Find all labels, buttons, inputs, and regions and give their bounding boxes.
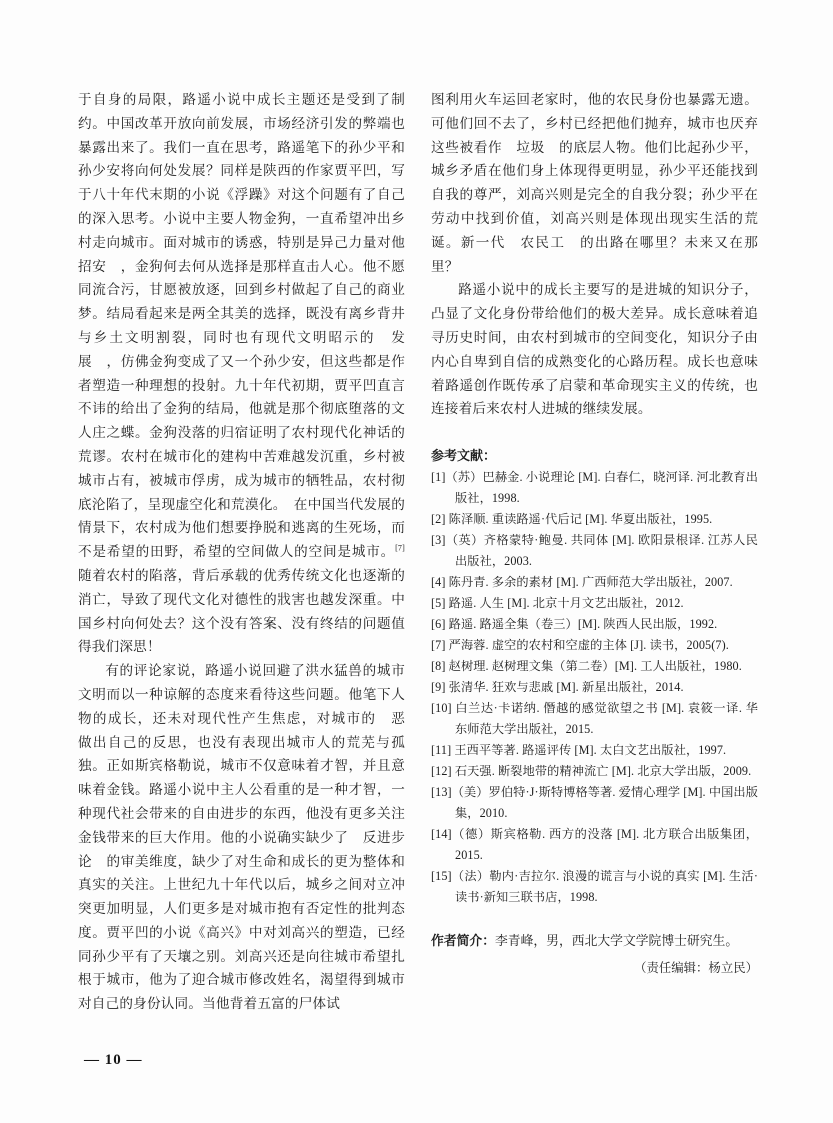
- reference-item: [2] 陈泽顺. 重读路遥·代后记 [M]. 华夏出版社，1995.: [431, 509, 758, 530]
- left-column: 于自身的局限，路遥小说中成长主题还是受到了制约。中国改革开放向前发展，市场经济引…: [78, 88, 405, 1016]
- reference-item: [7] 严海蓉. 虚空的农村和空虚的主体 [J]. 读书，2005(7).: [431, 635, 758, 656]
- reference-item: [13]（美）罗伯特·J·斯特博格等著. 爱情心理学 [M]. 中国出版集，20…: [431, 782, 758, 824]
- reference-item: [1]（苏）巴赫金. 小说理论 [M]. 白春仁，晓河译. 河北教育出版社，19…: [431, 467, 758, 509]
- references-heading: 参考文献：: [431, 445, 758, 467]
- reference-item: [9] 张清华. 狂欢与悲戚 [M]. 新星出版社，2014.: [431, 677, 758, 698]
- reference-item: [12] 石天强. 断裂地带的精神流亡 [M]. 北京大学出版，2009.: [431, 761, 758, 782]
- reference-item: [4] 陈丹青. 多余的素材 [M]. 广西师范大学出版社，2007.: [431, 572, 758, 593]
- paragraph-text: 随着农村的陷落，背后承载的优秀传统文化也逐渐的消亡，导致了现代文化对德性的戕害也…: [78, 568, 405, 654]
- author-bio-text: 李青峰，男，西北大学文学院博士研究生。: [495, 934, 738, 948]
- editor-credit: （责任编辑：杨立民）: [431, 957, 758, 980]
- reference-item: [15]（法）勒内·吉拉尔. 浪漫的谎言与小说的真实 [M]. 生活·读书·新知…: [431, 866, 758, 908]
- reference-item: [3]（英）齐格蒙特·鲍曼. 共同体 [M]. 欧阳景根译. 江苏人民出版社，2…: [431, 530, 758, 572]
- reference-item: [10] 白兰达·卡诺纳. 僭越的感觉欲望之书 [M]. 袁筱一译. 华东师范大…: [431, 698, 758, 740]
- paragraph-text: 于自身的局限，路遥小说中成长主题还是受到了制约。中国改革开放向前发展，市场经济引…: [78, 92, 419, 559]
- journal-page: 于自身的局限，路遥小说中成长主题还是受到了制约。中国改革开放向前发展，市场经济引…: [0, 0, 833, 1123]
- reference-item: [8] 赵树理. 赵树理文集（第二卷）[M]. 工人出版社，1980.: [431, 656, 758, 677]
- reference-item: [14]（德）斯宾格勒. 西方的没落 [M]. 北方联合出版集团，2015.: [431, 824, 758, 866]
- body-paragraph-continuation: 图利用火车运回老家时，他的农民身份也暴露无遗。可他们回不去了，乡村已经把他们抛弃…: [431, 88, 758, 278]
- author-bio-line: 作者简介：李青峰，男，西北大学文学院博士研究生。: [431, 930, 758, 953]
- page-footer: — 10 —: [84, 1052, 143, 1069]
- citation-superscript-7: [7]: [395, 544, 405, 553]
- reference-item: [11] 王西平等著. 路遥评传 [M]. 太白文艺出版社，1997.: [431, 740, 758, 761]
- right-column: 图利用火车运回老家时，他的农民身份也暴露无遗。可他们回不去了，乡村已经把他们抛弃…: [431, 88, 758, 1016]
- two-column-layout: 于自身的局限，路遥小说中成长主题还是受到了制约。中国改革开放向前发展，市场经济引…: [78, 88, 758, 1016]
- reference-item: [5] 路遥. 人生 [M]. 北京十月文艺出版社，2012.: [431, 593, 758, 614]
- body-paragraph-continuation: 于自身的局限，路遥小说中成长主题还是受到了制约。中国改革开放向前发展，市场经济引…: [78, 88, 405, 659]
- author-bio-label: 作者简介：: [431, 934, 495, 948]
- references-section: 参考文献： [1]（苏）巴赫金. 小说理论 [M]. 白春仁，晓河译. 河北教育…: [431, 445, 758, 908]
- body-paragraph: 路遥小说中的成长主要写的是进城的知识分子，凸显了文化身份带给他们的极大差异。成长…: [431, 278, 758, 421]
- author-info-section: 作者简介：李青峰，男，西北大学文学院博士研究生。 （责任编辑：杨立民）: [431, 930, 758, 980]
- reference-item: [6] 路遥. 路遥全集（卷三）[M]. 陕西人民出版，1992.: [431, 614, 758, 635]
- body-paragraph: 有的评论家说，路遥小说回避了洪水猛兽的城市文明而以一种谅解的态度来看待这些问题。…: [78, 659, 405, 1016]
- references-list: [1]（苏）巴赫金. 小说理论 [M]. 白春仁，晓河译. 河北教育出版社，19…: [431, 467, 758, 908]
- page-number: — 10 —: [84, 1052, 143, 1068]
